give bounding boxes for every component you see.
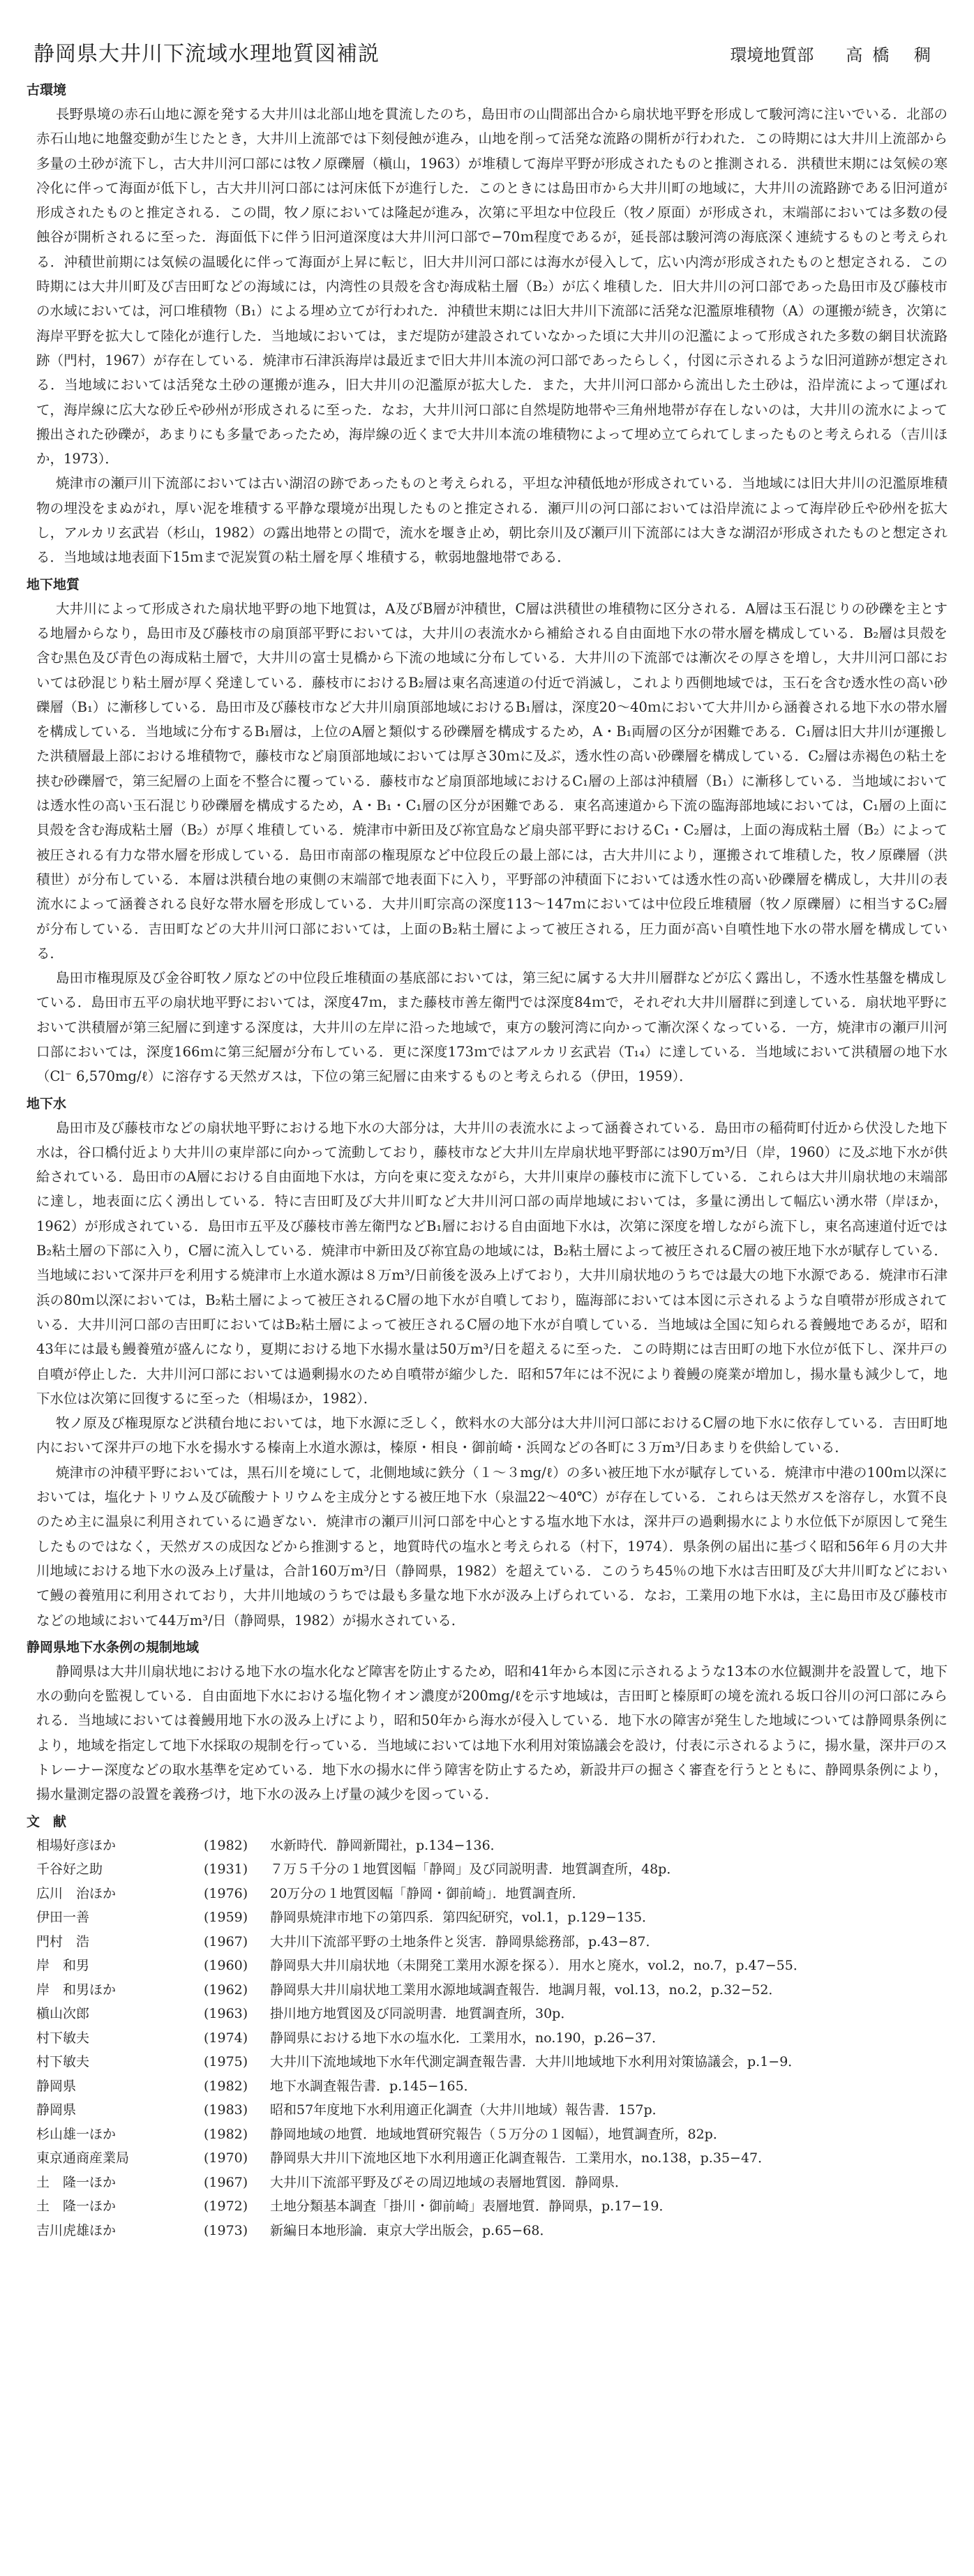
reference-year: (1959) <box>204 1905 270 1930</box>
reference-year: (1931) <box>204 1857 270 1882</box>
reference-author: 静岡県 <box>36 2074 204 2099</box>
reference-item: 岸 和男ほか(1962)静岡県大井川扇状地工業用水源地域調査報告．地調月報，vo… <box>36 1978 947 2002</box>
reference-year: (1962) <box>204 1978 270 2002</box>
reference-year: (1982) <box>204 1834 270 1858</box>
references-list: 相場好彦ほか(1982)水新時代．静岡新聞社，p.134−136．千谷好之助(1… <box>36 1834 947 2243</box>
paragraph: 焼津市の沖積平野においては，黒石川を境にして，北側地域に鉄分（１〜３mg/ℓ）の… <box>36 1460 947 1633</box>
reference-text: 静岡県における地下水の塩水化．工業用水，no.190，p.26−37． <box>270 2026 947 2051</box>
reference-year: (1974) <box>204 2026 270 2051</box>
reference-author: 杉山雄一ほか <box>36 2122 204 2147</box>
reference-author: 岸 和男ほか <box>36 1978 204 2002</box>
paragraph: 島田市権現原及び金谷町牧ノ原などの中位段丘堆積面の基底部においては，第三紀に属す… <box>36 966 947 1088</box>
reference-item: 静岡県(1982)地下水調査報告書．p.145−165． <box>36 2074 947 2099</box>
reference-text: 掛川地方地質図及び同説明書．地質調査所，30p． <box>270 2002 947 2026</box>
reference-author: 村下敏夫 <box>36 2050 204 2074</box>
reference-text: 静岡県大井川扇状地（未開発工業用水源を探る）．用水と廃水，vol.2，no.7，… <box>270 1954 947 1978</box>
reference-text: ７万５千分の１地質図幅「静岡」及び同説明書．地質調査所，48p． <box>270 1857 947 1882</box>
reference-author: 土 隆一ほか <box>36 2171 204 2195</box>
section-heading: 静岡県地下水条例の規制地域 <box>27 1635 947 1659</box>
reference-text: 地下水調査報告書．p.145−165． <box>270 2074 947 2099</box>
reference-author: 岸 和男 <box>36 1954 204 1978</box>
section-subsurface-geology: 地下地質 大井川によって形成された扇状地平野の地下地質は，A及びB層が沖積世，C… <box>27 573 947 1089</box>
references-heading: 文 献 <box>27 1810 947 1834</box>
section-groundwater: 地下水 島田市及び藤枝市などの扇状地平野における地下水の大部分は，大井川の表流水… <box>27 1092 947 1633</box>
author-block: 環境地質部 高橋 稠 <box>730 41 941 66</box>
paragraph: 大井川によって形成された扇状地平野の地下地質は，A及びB層が沖積世，C層は洪積世… <box>36 597 947 966</box>
reference-year: (1963) <box>204 2002 270 2026</box>
reference-year: (1983) <box>204 2098 270 2122</box>
reference-text: 20万分の１地質図幅「静岡・御前崎」．地質調査所． <box>270 1882 947 1906</box>
reference-item: 槇山次郎(1963)掛川地方地質図及び同説明書．地質調査所，30p． <box>36 2002 947 2026</box>
reference-text: 静岡地域の地質．地域地質研究報告（５万分の１図幅），地質調査所，82p． <box>270 2122 947 2147</box>
section-heading: 地下地質 <box>27 573 947 597</box>
reference-year: (1982) <box>204 2074 270 2099</box>
reference-item: 杉山雄一ほか(1982)静岡地域の地質．地域地質研究報告（５万分の１図幅），地質… <box>36 2122 947 2147</box>
reference-text: 静岡県焼津市地下の第四系．第四紀研究，vol.1，p.129−135． <box>270 1905 947 1930</box>
reference-item: 東京通商産業局(1970)静岡県大井川下流地区地下水利用適正化調査報告．工業用水… <box>36 2146 947 2171</box>
paragraph: 静岡県は大井川扇状地における地下水の塩水化など障害を防止するため，昭和41年から… <box>36 1659 947 1807</box>
reference-item: 村下敏夫(1975)大井川下流地域地下水年代測定調査報告書．大井川地域地下水利用… <box>36 2050 947 2074</box>
section-regulation-area: 静岡県地下水条例の規制地域 静岡県は大井川扇状地における地下水の塩水化など障害を… <box>27 1635 947 1807</box>
reference-item: 相場好彦ほか(1982)水新時代．静岡新聞社，p.134−136． <box>36 1834 947 1858</box>
reference-item: 門村 浩(1967)大井川下流部平野の土地条件と災害．静岡県総務部，p.43−8… <box>36 1930 947 1954</box>
reference-item: 千谷好之助(1931)７万５千分の１地質図幅「静岡」及び同説明書．地質調査所，4… <box>36 1857 947 1882</box>
section-heading: 古環境 <box>27 78 947 102</box>
reference-year: (1975) <box>204 2050 270 2074</box>
author-department: 環境地質部 <box>730 41 814 66</box>
reference-text: 静岡県大井川扇状地工業用水源地域調査報告．地調月報，vol.13，no.2，p.… <box>270 1978 947 2002</box>
reference-text: 昭和57年度地下水利用適正化調査（大井川地域）報告書．157p． <box>270 2098 947 2122</box>
reference-year: (1967) <box>204 1930 270 1954</box>
reference-year: (1970) <box>204 2146 270 2171</box>
document-page: 静岡県大井川下流域水理地質図補説 環境地質部 高橋 稠 古環境 長野県境の赤石山… <box>0 0 974 2270</box>
reference-item: 土 隆一ほか(1972)土地分類基本調査「掛川・御前崎」表層地質．静岡県，p.1… <box>36 2194 947 2219</box>
paragraph: 牧ノ原及び権現原など洪積台地においては，地下水源に乏しく，飲料水の大部分は大井川… <box>36 1411 947 1460</box>
reference-author: 門村 浩 <box>36 1930 204 1954</box>
section-heading: 地下水 <box>27 1092 947 1116</box>
reference-year: (1960) <box>204 1954 270 1978</box>
reference-author: 槇山次郎 <box>36 2002 204 2026</box>
reference-item: 岸 和男(1960)静岡県大井川扇状地（未開発工業用水源を探る）．用水と廃水，v… <box>36 1954 947 1978</box>
paragraph: 長野県境の赤石山地に源を発する大井川は北部山地を貫流したのち，島田市の山間部出合… <box>36 102 947 471</box>
reference-author: 伊田一善 <box>36 1905 204 1930</box>
paragraph: 焼津市の瀬戸川下流部においては古い湖沼の跡であったものと考えられる，平坦な沖積低… <box>36 471 947 569</box>
reference-text: 新編日本地形論．東京大学出版会，p.65−68． <box>270 2219 947 2243</box>
section-paleoenvironment: 古環境 長野県境の赤石山地に源を発する大井川は北部山地を貫流したのち，島田市の山… <box>27 78 947 570</box>
reference-author: 相場好彦ほか <box>36 1834 204 1858</box>
reference-text: 大井川下流地域地下水年代測定調査報告書．大井川地域地下水利用対策協議会，p.1−… <box>270 2050 947 2074</box>
document-title: 静岡県大井川下流域水理地質図補説 <box>33 36 380 67</box>
reference-text: 土地分類基本調査「掛川・御前崎」表層地質．静岡県，p.17−19． <box>270 2194 947 2219</box>
references-section: 文 献 相場好彦ほか(1982)水新時代．静岡新聞社，p.134−136．千谷好… <box>27 1810 947 2243</box>
reference-text: 大井川下流部平野及びその周辺地域の表層地質図．静岡県． <box>270 2171 947 2195</box>
reference-item: 広川 治ほか(1976)20万分の１地質図幅「静岡・御前崎」．地質調査所． <box>36 1882 947 1906</box>
reference-author: 吉川虎雄ほか <box>36 2219 204 2243</box>
reference-author: 広川 治ほか <box>36 1882 204 1906</box>
reference-text: 水新時代．静岡新聞社，p.134−136． <box>270 1834 947 1858</box>
reference-year: (1976) <box>204 1882 270 1906</box>
reference-text: 大井川下流部平野の土地条件と災害．静岡県総務部，p.43−87． <box>270 1930 947 1954</box>
reference-year: (1972) <box>204 2194 270 2219</box>
reference-author: 村下敏夫 <box>36 2026 204 2051</box>
reference-item: 村下敏夫(1974)静岡県における地下水の塩水化．工業用水，no.190，p.2… <box>36 2026 947 2051</box>
reference-item: 静岡県(1983)昭和57年度地下水利用適正化調査（大井川地域）報告書．157p… <box>36 2098 947 2122</box>
document-header: 静岡県大井川下流域水理地質図補説 環境地質部 高橋 稠 <box>27 36 947 75</box>
reference-year: (1982) <box>204 2122 270 2147</box>
reference-author: 静岡県 <box>36 2098 204 2122</box>
reference-item: 吉川虎雄ほか(1973)新編日本地形論．東京大学出版会，p.65−68． <box>36 2219 947 2243</box>
reference-text: 静岡県大井川下流地区地下水利用適正化調査報告．工業用水，no.138，p.35−… <box>270 2146 947 2171</box>
author-name: 高橋 稠 <box>846 41 941 66</box>
reference-item: 伊田一善(1959)静岡県焼津市地下の第四系．第四紀研究，vol.1，p.129… <box>36 1905 947 1930</box>
reference-item: 土 隆一ほか(1967)大井川下流部平野及びその周辺地域の表層地質図．静岡県． <box>36 2171 947 2195</box>
reference-author: 土 隆一ほか <box>36 2194 204 2219</box>
paragraph: 島田市及び藤枝市などの扇状地平野における地下水の大部分は，大井川の表流水によって… <box>36 1116 947 1411</box>
reference-author: 東京通商産業局 <box>36 2146 204 2171</box>
reference-year: (1967) <box>204 2171 270 2195</box>
reference-year: (1973) <box>204 2219 270 2243</box>
reference-author: 千谷好之助 <box>36 1857 204 1882</box>
